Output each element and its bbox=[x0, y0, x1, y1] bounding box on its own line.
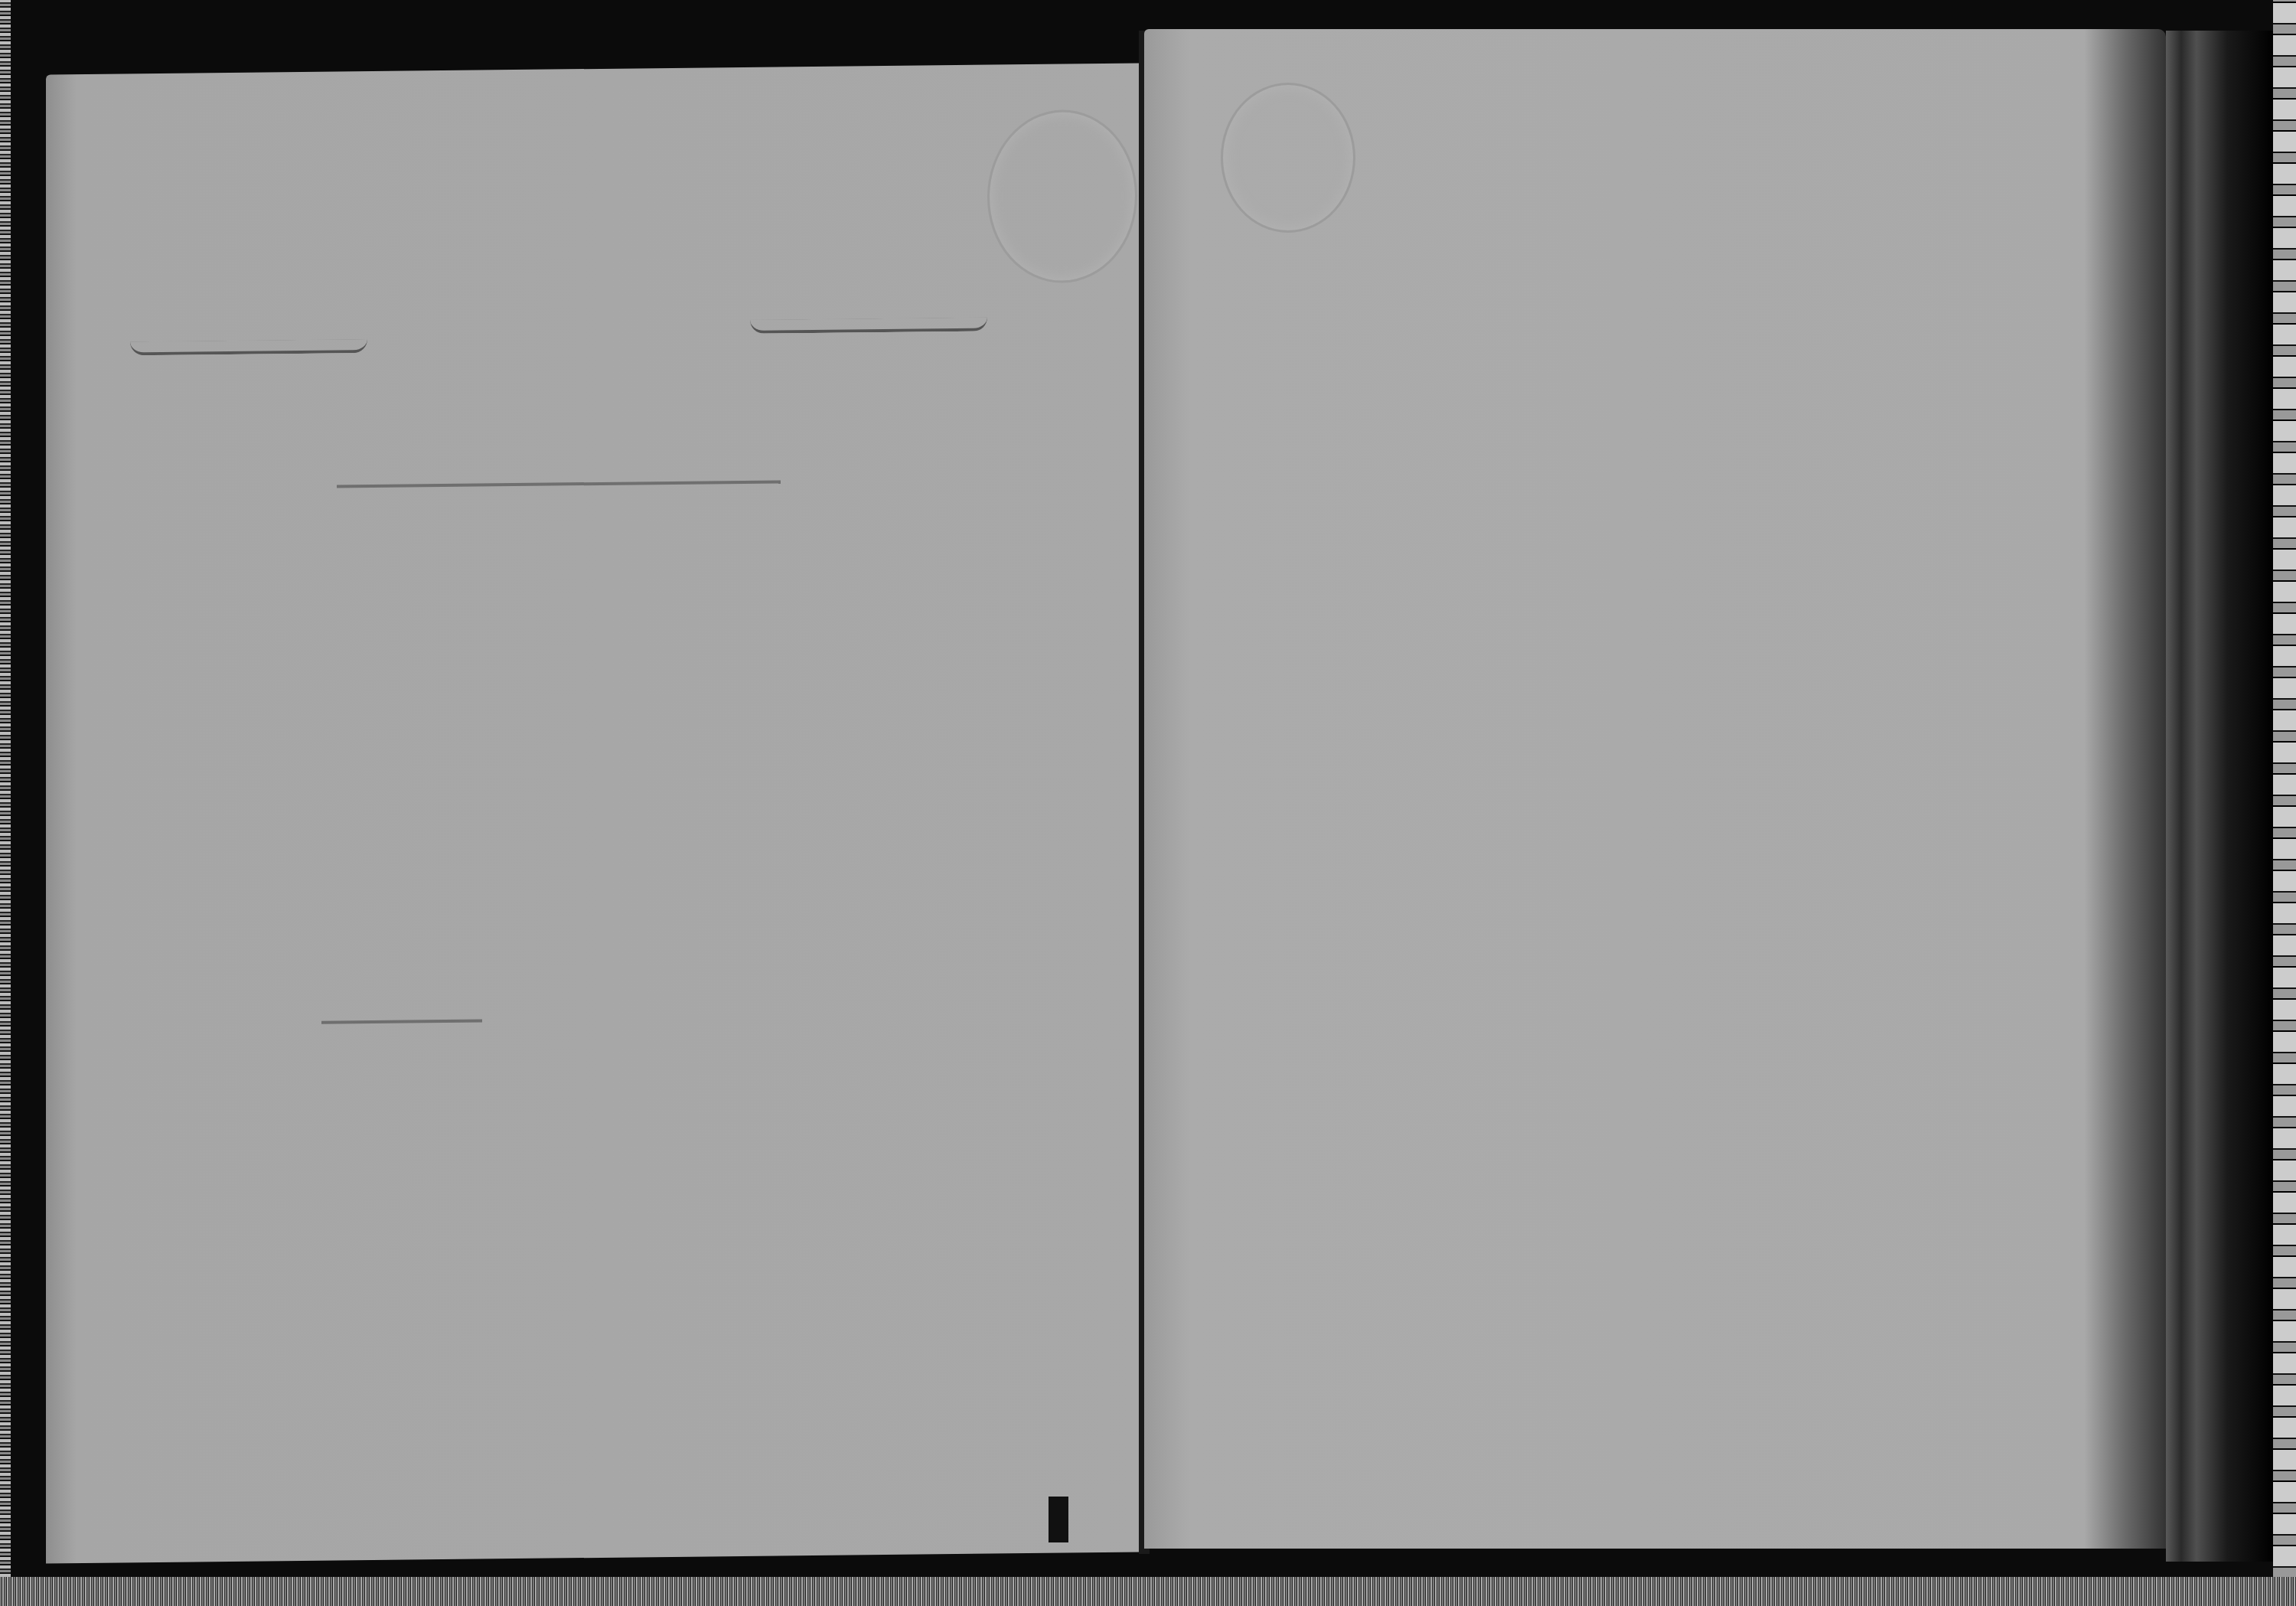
divider-line bbox=[321, 1020, 482, 1024]
scan-edge-noise-bottom bbox=[0, 1577, 2296, 1606]
scan-edge-noise-left bbox=[0, 0, 11, 1606]
embossed-seal bbox=[1221, 83, 1355, 233]
divider-line bbox=[337, 480, 781, 488]
stamp-gemeente-brace bbox=[130, 339, 367, 355]
embossed-seal bbox=[987, 109, 1137, 284]
stamp-province-brace bbox=[750, 318, 987, 334]
page-edge-shadow bbox=[2166, 31, 2273, 1562]
right-page bbox=[1144, 29, 2166, 1549]
left-page bbox=[46, 64, 1140, 1564]
scan-edge-noise-right bbox=[2273, 0, 2296, 1577]
binding-mark bbox=[1049, 1497, 1068, 1542]
